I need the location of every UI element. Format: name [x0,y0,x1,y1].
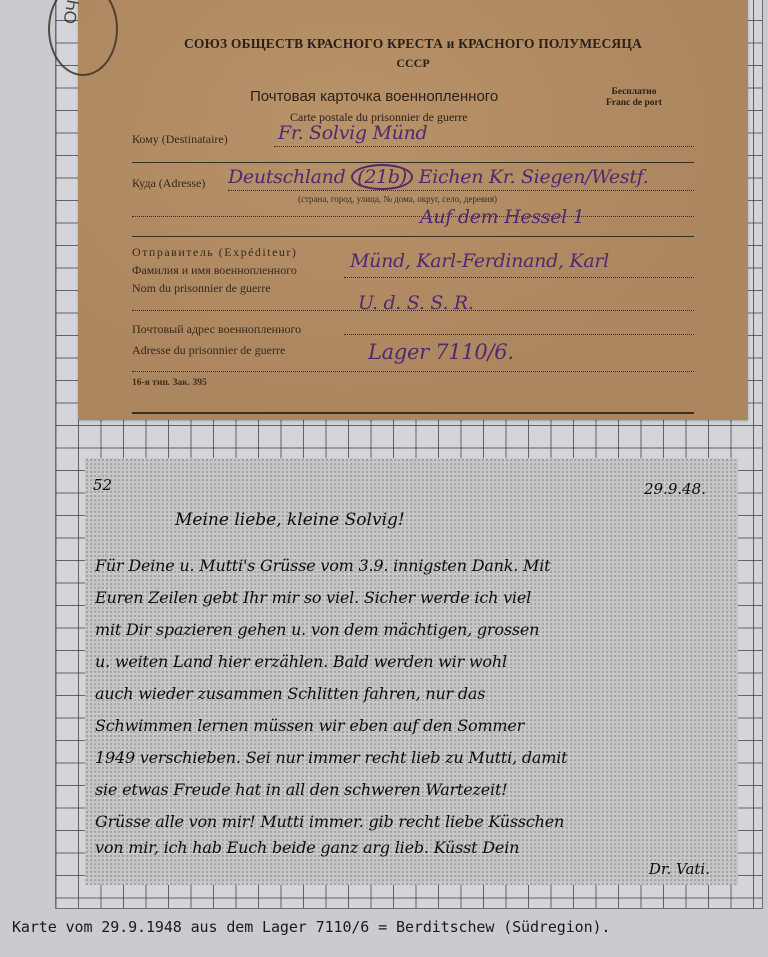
letter-line: 1949 verschieben. Sei nur immer recht li… [95,748,567,767]
organization-subtitle: СССР [78,56,748,71]
letter-line: sie etwas Freude hat in all den schweren… [95,780,507,799]
free-postage-ru: Бесплатно [606,87,662,98]
postal-address-line-2 [132,371,694,372]
letter-line: von mir, ich hab Euch beide ganz arg lie… [95,838,519,857]
letter-signature: Dr. Vati. [649,860,710,878]
rule-line [132,162,694,163]
printer-note: 16-я тип. Зак. 395 [132,378,207,388]
organization-title: СОЮЗ ОБЩЕСТВ КРАСНОГО КРЕСТА и КРАСНОГО … [78,36,748,52]
free-postage-fr: Franc de port [606,98,662,109]
address-line [228,190,694,191]
album-caption: Karte vom 29.9.1948 aus dem Lager 7110/6… [12,918,610,936]
postal-address-label-ru: Почтовый адрес военнопленного [132,322,301,337]
pow-postcard: ОЧ СОЮЗ ОБЩЕСТВ КРАСНОГО КРЕСТА и КРАСНО… [78,0,748,420]
letter-salutation: Meine liebe, kleine Solvig! [175,510,405,530]
sender-name-label-fr: Nom du prisonnier de guerre [132,281,271,296]
postal-address-value-2: Lager 7110/6. [368,340,514,364]
address-country: Deutschland [228,166,345,188]
postal-address-line [344,334,694,335]
letter-date: 29.9.48. [644,480,706,498]
postal-address-value-1: U. d. S. S. R. [358,292,474,314]
sender-name-line [344,277,694,278]
address-hint: (страна, город, улица, № дома, округ, се… [298,194,497,204]
sender-label: Отправитель (Expéditeur) [132,245,297,260]
letter-line: Grüsse alle von mir! Mutti immer. gib re… [95,812,564,831]
address-zone: (21b) [351,164,413,190]
rule-line [132,412,694,414]
address-line-2 [132,216,694,217]
recipient-line [274,146,694,147]
postal-address-label-fr: Adresse du prisonnier de guerre [132,343,285,358]
address-value: Deutschland (21b) Eichen Kr. Siegen/West… [228,164,648,190]
letter-line: Schwimmen lernen müssen wir eben auf den… [95,716,524,735]
letter-line: u. weiten Land hier erzählen. Bald werde… [95,652,507,671]
rule-line [132,236,694,237]
letter-line: Für Deine u. Mutti's Grüsse vom 3.9. inn… [95,556,550,575]
letter-line: Euren Zeilen gebt Ihr mir so viel. Siche… [95,588,531,607]
letter-line: mit Dir spazieren gehen u. von dem mächt… [95,620,539,639]
postmark-text: ОЧ [60,0,84,26]
address-city: Eichen Kr. Siegen/Westf. [419,166,649,188]
address-street: Auf dem Hessel 1 [420,206,584,228]
letter-line: auch wieder zusammen Schlitten fahren, n… [95,684,485,703]
recipient-label: Кому (Destinataire) [132,132,228,147]
card-title-ru: Почтовая карточка военнопленного [250,88,498,105]
letter-page-number: 52 [93,476,112,494]
letter-photocopy: 52 29.9.48. Meine liebe, kleine Solvig! … [85,458,738,885]
sender-name-label-ru: Фамилия и имя военнопленного [132,263,297,278]
free-postage-note: Бесплатно Franc de port [606,87,662,109]
address-label: Куда (Adresse) [132,176,205,191]
recipient-value: Fr. Solvig Münd [278,122,427,144]
sender-name-value: Münd, Karl-Ferdinand, Karl [350,250,609,272]
